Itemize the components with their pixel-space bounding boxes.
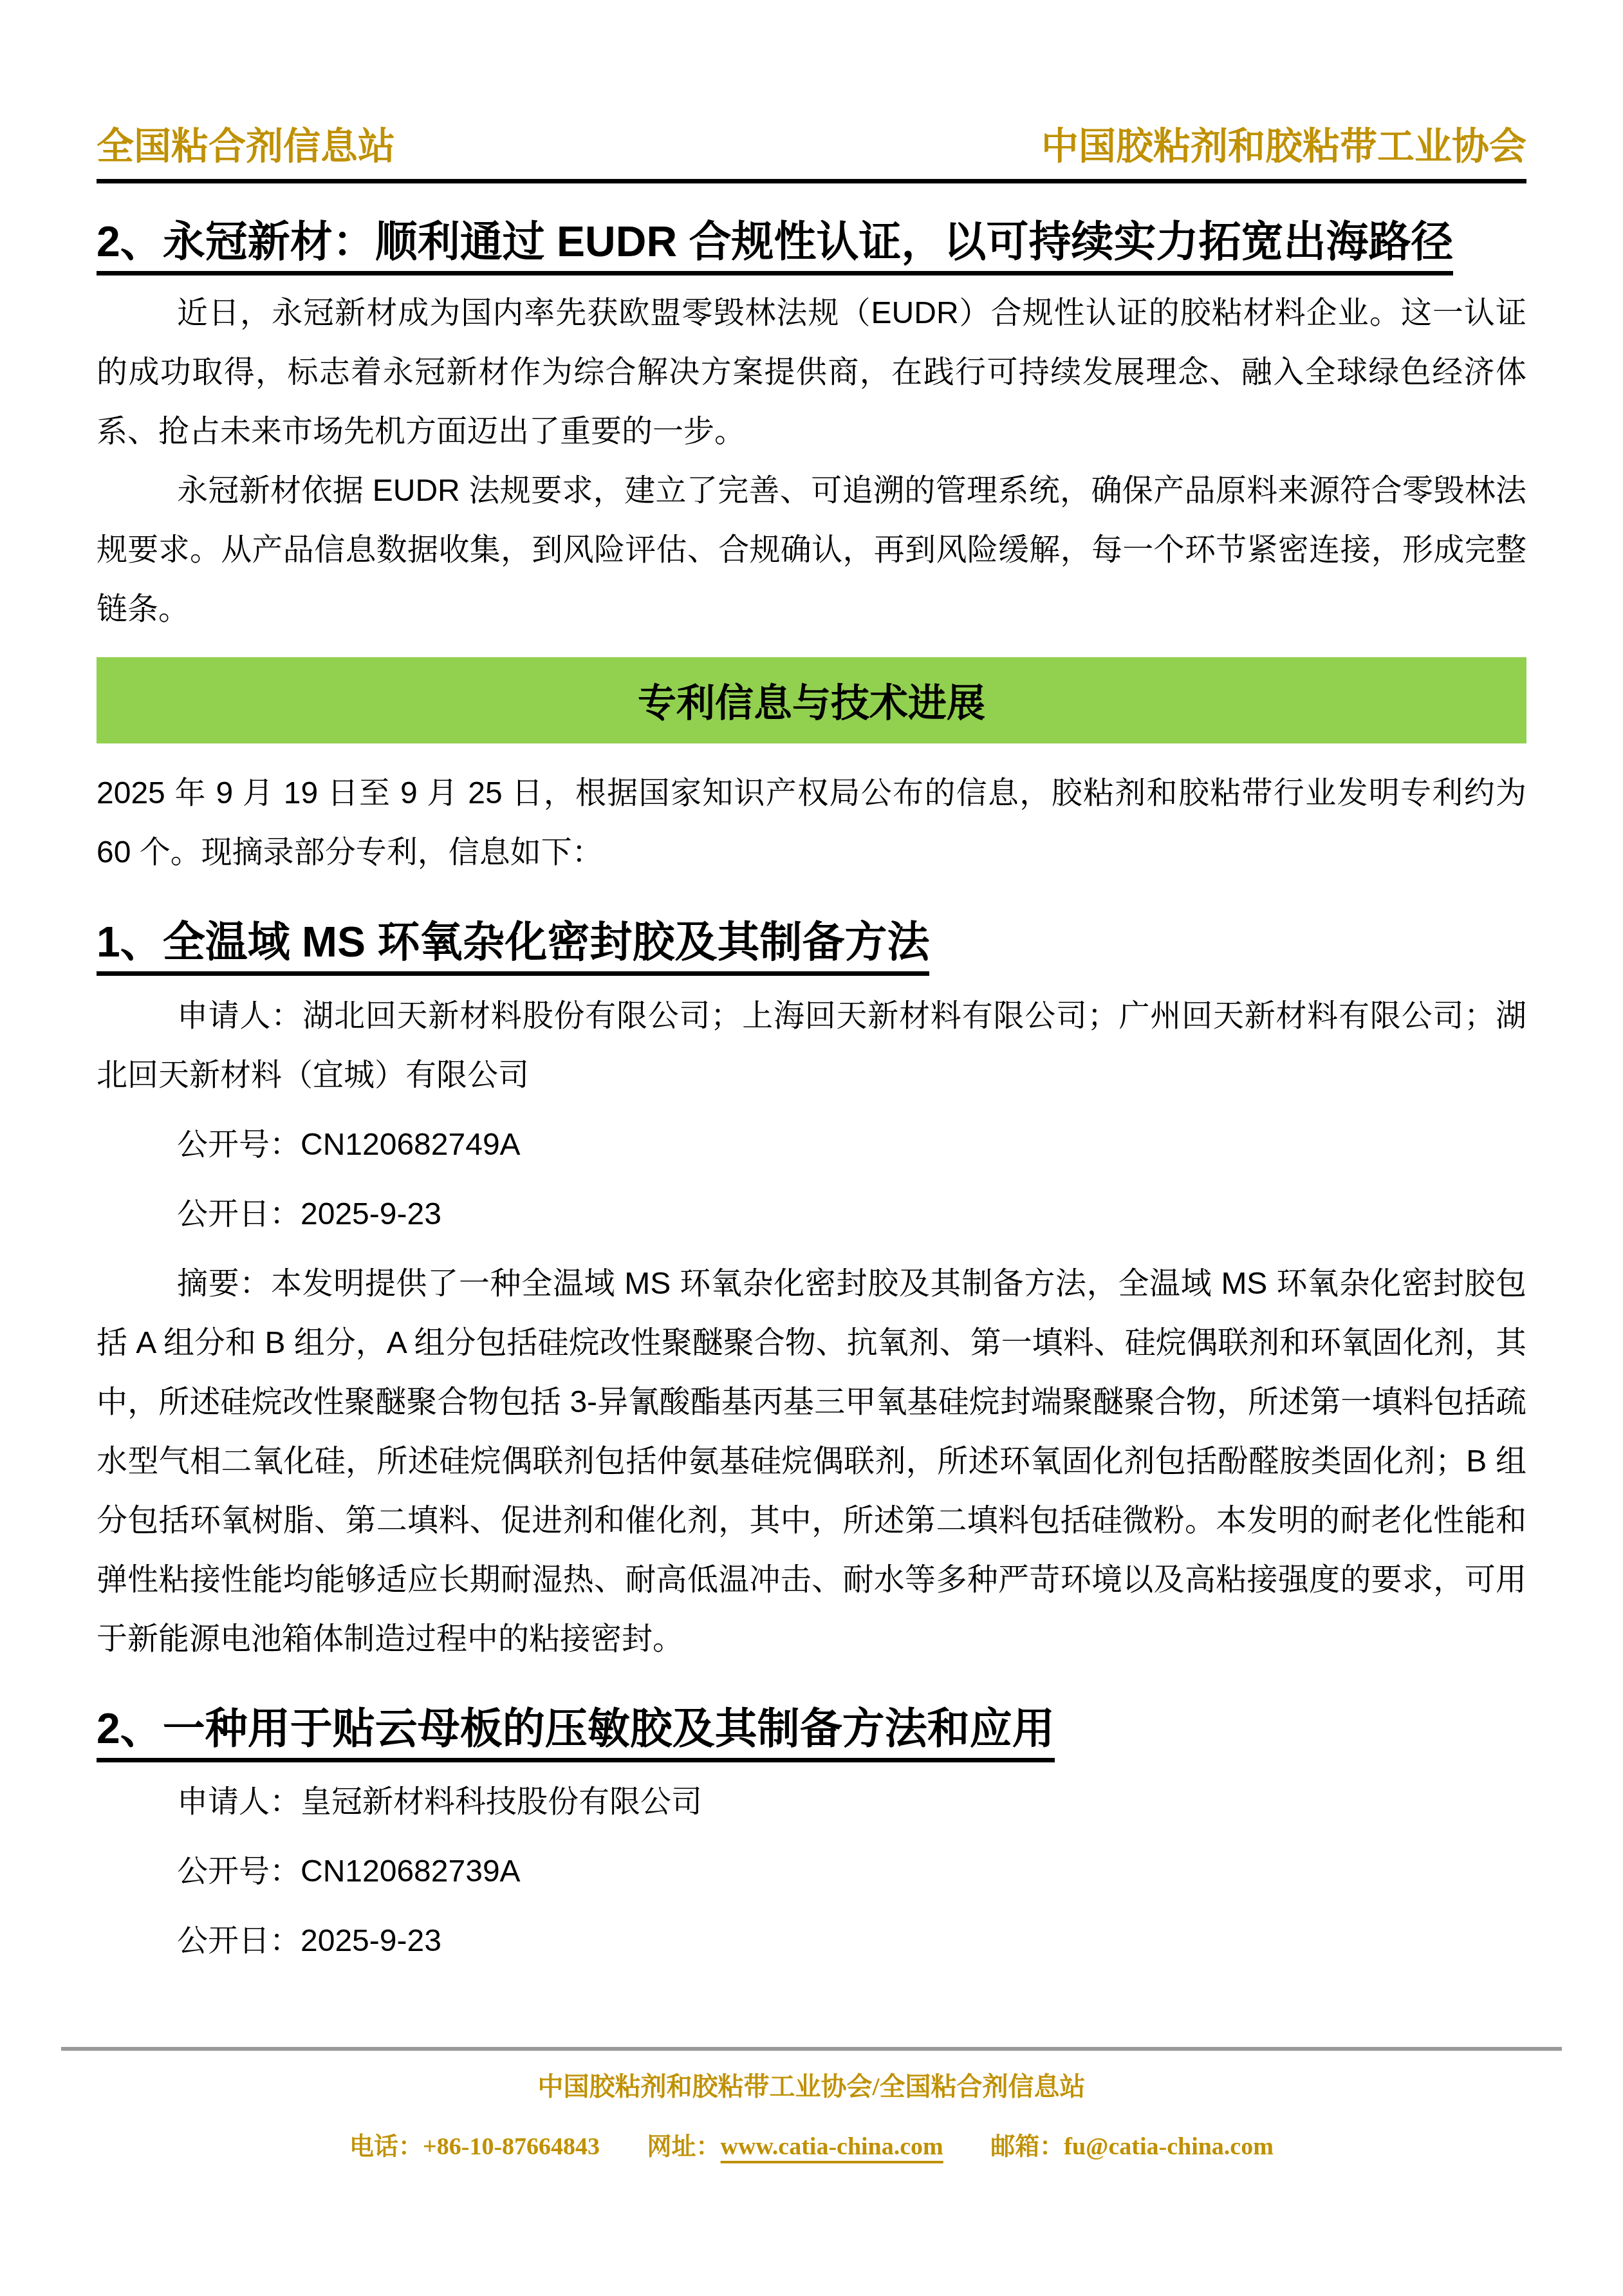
footer-email-value: fu@catia-china.com [1064, 2133, 1274, 2160]
footer-contacts: 电话：+86-10-87664843 网址：www.catia-china.co… [61, 2126, 1562, 2161]
news-paragraph-2: 永冠新材依据 EUDR 法规要求，建立了完善、可追溯的管理系统，确保产品原料来源… [97, 462, 1526, 639]
footer-phone-label: 电话： [349, 2133, 423, 2160]
patent-1-publication-number: 公开号：CN120682749A [97, 1115, 1526, 1175]
page-footer: 中国胶粘剂和胶粘带工业协会/全国粘合剂信息站 电话：+86-10-8766484… [61, 2047, 1562, 2161]
header-left-title: 全国粘合剂信息站 [97, 116, 395, 170]
news-heading-text: 2、永冠新材：顺利通过 EUDR 合规性认证，以可持续实力拓宽出海路径 [97, 218, 1453, 275]
header-right-title: 中国胶粘剂和胶粘带工业协会 [1041, 116, 1526, 170]
patent-2-heading: 2、一种用于贴云母板的压敏胶及其制备方法和应用 [97, 1701, 1526, 1757]
patent-section-banner-title: 专利信息与技术进展 [638, 682, 985, 725]
newsletter-page: 全国粘合剂信息站 中国胶粘剂和胶粘带工业协会 2、永冠新材：顺利通过 EUDR … [0, 0, 1623, 2296]
patent-1-heading-text: 1、全温域 MS 环氧杂化密封胶及其制备方法 [97, 918, 929, 976]
footer-phone-group: 电话：+86-10-87664843 [349, 2133, 600, 2160]
footer-email-group: 邮箱：fu@catia-china.com [990, 2133, 1274, 2160]
patent-1-applicant: 申请人：湖北回天新材料股份有限公司；上海回天新材料有限公司；广州回天新材料有限公… [97, 987, 1526, 1105]
footer-web-label: 网址： [647, 2133, 721, 2160]
patent-2-heading-text: 2、一种用于贴云母板的压敏胶及其制备方法和应用 [97, 1704, 1055, 1762]
patent-section-banner: 专利信息与技术进展 [97, 657, 1526, 743]
footer-email-label: 邮箱： [990, 2133, 1064, 2160]
footer-web-group: 网址：www.catia-china.com [647, 2133, 943, 2160]
footer-org-line: 中国胶粘剂和胶粘带工业协会/全国粘合剂信息站 [61, 2066, 1562, 2103]
patent-entry-1: 1、全温域 MS 环氧杂化密封胶及其制备方法 申请人：湖北回天新材料股份有限公司… [97, 915, 1526, 1669]
news-heading: 2、永冠新材：顺利通过 EUDR 合规性认证，以可持续实力拓宽出海路径 [97, 214, 1526, 270]
patent-1-abstract: 摘要：本发明提供了一种全温域 MS 环氧杂化密封胶及其制备方法，全温域 MS 环… [97, 1255, 1526, 1669]
patent-2-publication-date: 公开日：2025-9-23 [97, 1912, 1526, 1971]
patent-entry-2: 2、一种用于贴云母板的压敏胶及其制备方法和应用 申请人：皇冠新材料科技股份有限公… [97, 1701, 1526, 1972]
patents-intro: 2025 年 9 月 19 日至 9 月 25 日，根据国家知识产权局公布的信息… [97, 764, 1526, 882]
news-paragraph-1: 近日，永冠新材成为国内率先获欧盟零毁林法规（EUDR）合规性认证的胶粘材料企业。… [97, 284, 1526, 462]
patent-2-applicant: 申请人：皇冠新材料科技股份有限公司 [97, 1773, 1526, 1832]
patent-2-publication-number: 公开号：CN120682739A [97, 1842, 1526, 1901]
footer-website-link[interactable]: www.catia-china.com [721, 2133, 943, 2160]
page-header: 全国粘合剂信息站 中国胶粘剂和胶粘带工业协会 [97, 116, 1526, 183]
footer-phone-value: +86-10-87664843 [423, 2133, 600, 2160]
patent-1-heading: 1、全温域 MS 环氧杂化密封胶及其制备方法 [97, 915, 1526, 970]
patent-1-publication-date: 公开日：2025-9-23 [97, 1185, 1526, 1244]
